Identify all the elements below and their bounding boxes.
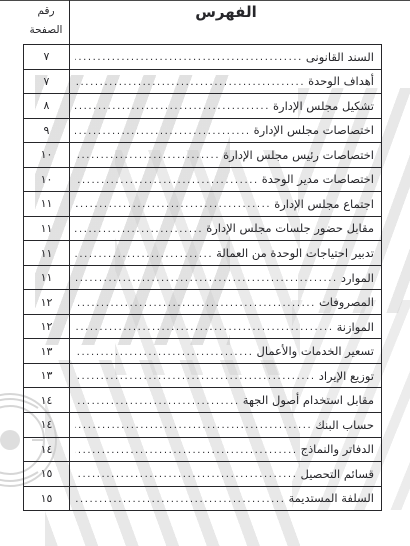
entry-cell: تدبير احتياجات الوحدة من العمالة........… bbox=[70, 241, 381, 265]
entry-cell: الدفاتر والنماذج........................… bbox=[70, 438, 381, 462]
entry-title: الدفاتر والنماذج bbox=[298, 442, 374, 456]
table-row: ١٤الدفاتر والنماذج......................… bbox=[24, 438, 381, 463]
entry-cell: الموارد.................................… bbox=[70, 266, 381, 290]
table-row: ١٥السلفة المستديمة......................… bbox=[24, 487, 381, 511]
page-number-cell: ١٤ bbox=[24, 438, 70, 462]
entry-cell: مقابل استخدام أصول الجهة................… bbox=[70, 388, 381, 412]
dot-leader: ........................................… bbox=[75, 126, 251, 137]
page-number-cell: ١٥ bbox=[24, 487, 70, 511]
entry-title: اختصاصات مجلس الإدارة bbox=[251, 123, 374, 137]
page-number-cell: ١١ bbox=[24, 217, 70, 241]
entry-cell: اختصاصات مدير الوحدة....................… bbox=[70, 168, 381, 192]
dot-leader: ........................................… bbox=[75, 175, 259, 186]
dot-leader: ........................................… bbox=[75, 273, 338, 284]
page-number-cell: ١٣ bbox=[24, 364, 70, 388]
table-row: ١١تدبير احتياجات الوحدة من العمالة......… bbox=[24, 241, 381, 266]
entry-cell: اختصاصات مجلس الإدارة...................… bbox=[70, 119, 381, 143]
page-number-cell: ١٠ bbox=[24, 168, 70, 192]
table-row: ٨تشكيل مجلس الإدارة.....................… bbox=[24, 94, 381, 119]
entry-cell: مقابل حضور جلسات مجلس الإدارة...........… bbox=[70, 217, 381, 241]
dot-leader: ........................................… bbox=[75, 469, 297, 480]
entry-cell: توزيع الإيراد...........................… bbox=[70, 364, 381, 388]
entry-title: تدبير احتياجات الوحدة من العمالة bbox=[213, 246, 374, 260]
page-number-cell: ١٢ bbox=[24, 315, 70, 339]
entry-cell: تسعير الخدمات والأعمال..................… bbox=[70, 339, 381, 363]
entry-title: تشكيل مجلس الإدارة bbox=[270, 99, 374, 113]
dot-leader: ........................................… bbox=[75, 396, 240, 407]
page-title: الفهرس bbox=[70, 3, 382, 21]
dot-leader: ........................................… bbox=[75, 298, 316, 309]
table-row: ١٢المصروفات.............................… bbox=[24, 290, 381, 315]
dot-leader: ........................................… bbox=[75, 347, 254, 358]
entry-cell: اختصاصات رئيس مجلس الإدارة..............… bbox=[70, 143, 381, 167]
table-row: ١٠اختصاصات رئيس مجلس الإدارة............… bbox=[24, 143, 381, 168]
dot-leader: ........................................… bbox=[75, 420, 312, 431]
page-number-cell: ١٤ bbox=[24, 388, 70, 412]
page-number-cell: ١١ bbox=[24, 192, 70, 216]
toc-header: الفهرس رقم الصفحة bbox=[0, 0, 410, 44]
table-row: ١١الموارد...............................… bbox=[24, 266, 381, 291]
entry-title: السلفة المستديمة bbox=[285, 491, 374, 505]
entry-cell: السلفة المستديمة........................… bbox=[70, 487, 381, 511]
page-number-cell: ١٠ bbox=[24, 143, 70, 167]
dot-leader: ........................................… bbox=[75, 224, 203, 235]
entry-title: تسعير الخدمات والأعمال bbox=[254, 344, 374, 358]
table-row: ١٤حساب البنك............................… bbox=[24, 413, 381, 438]
entry-title: اجتماع مجلس الإدارة bbox=[271, 197, 374, 211]
toc-table: ٧السند القانونى.........................… bbox=[23, 44, 382, 511]
entry-title: توزيع الإيراد bbox=[316, 369, 374, 383]
entry-cell: السند القانونى..........................… bbox=[70, 45, 381, 69]
entry-title: قسائم التحصيل bbox=[297, 467, 374, 481]
entry-cell: قسائم التحصيل...........................… bbox=[70, 462, 381, 486]
table-row: ١١مقابل حضور جلسات مجلس الإدارة.........… bbox=[24, 217, 381, 242]
entry-cell: الموازنة................................… bbox=[70, 315, 381, 339]
entry-title: اختصاصات مدير الوحدة bbox=[259, 172, 374, 186]
entry-cell: المصروفات...............................… bbox=[70, 290, 381, 314]
table-row: ١٤مقابل استخدام أصول الجهة..............… bbox=[24, 388, 381, 413]
table-row: ٧أهداف الوحدة...........................… bbox=[24, 70, 381, 95]
header-column-divider bbox=[69, 0, 70, 44]
page-number-column-header: رقم الصفحة bbox=[23, 2, 69, 44]
page-number-header-line1: رقم bbox=[23, 2, 69, 21]
entry-title: مقابل استخدام أصول الجهة bbox=[240, 393, 374, 407]
document-page: الفهرس رقم الصفحة ٧السند القانونى.......… bbox=[0, 0, 410, 546]
entry-title: الموازنة bbox=[334, 320, 374, 334]
entry-title: اختصاصات رئيس مجلس الإدارة bbox=[220, 148, 374, 162]
table-row: ٩اختصاصات مجلس الإدارة..................… bbox=[24, 119, 381, 144]
table-row: ١٥قسائم التحصيل.........................… bbox=[24, 462, 381, 487]
table-row: ١٢الموازنة..............................… bbox=[24, 315, 381, 340]
page-number-cell: ١٥ bbox=[24, 462, 70, 486]
table-row: ١٣توزيع الإيراد.........................… bbox=[24, 364, 381, 389]
page-number-cell: ٧ bbox=[24, 45, 70, 69]
page-number-cell: ١١ bbox=[24, 266, 70, 290]
entry-cell: أهداف الوحدة............................… bbox=[70, 70, 381, 94]
dot-leader: ........................................… bbox=[75, 52, 303, 63]
page-number-cell: ٨ bbox=[24, 94, 70, 118]
dot-leader: ........................................… bbox=[75, 77, 305, 88]
entry-cell: حساب البنك..............................… bbox=[70, 413, 381, 437]
entry-title: المصروفات bbox=[316, 295, 374, 309]
page-number-header-line2: الصفحة bbox=[23, 21, 69, 40]
table-row: ١٠اختصاصات مدير الوحدة..................… bbox=[24, 168, 381, 193]
entry-title: السند القانونى bbox=[303, 50, 374, 64]
entry-title: أهداف الوحدة bbox=[305, 74, 374, 88]
dot-leader: ........................................… bbox=[75, 322, 334, 333]
entry-cell: تشكيل مجلس الإدارة......................… bbox=[70, 94, 381, 118]
dot-leader: ........................................… bbox=[75, 150, 220, 161]
entry-title: حساب البنك bbox=[312, 418, 374, 432]
entry-title: مقابل حضور جلسات مجلس الإدارة bbox=[203, 221, 374, 235]
table-row: ٧السند القانونى.........................… bbox=[24, 45, 381, 70]
page-number-cell: ٩ bbox=[24, 119, 70, 143]
page-number-cell: ٧ bbox=[24, 70, 70, 94]
table-row: ١١اجتماع مجلس الإدارة...................… bbox=[24, 192, 381, 217]
page-number-cell: ١٤ bbox=[24, 413, 70, 437]
dot-leader: ........................................… bbox=[75, 371, 316, 382]
dot-leader: ........................................… bbox=[75, 445, 298, 456]
entry-title: الموارد bbox=[338, 271, 374, 285]
entry-cell: اجتماع مجلس الإدارة.....................… bbox=[70, 192, 381, 216]
dot-leader: ........................................… bbox=[75, 101, 270, 112]
dot-leader: ........................................… bbox=[75, 199, 271, 210]
table-row: ١٣تسعير الخدمات والأعمال................… bbox=[24, 339, 381, 364]
page-number-cell: ١٣ bbox=[24, 339, 70, 363]
dot-leader: ........................................… bbox=[75, 249, 213, 260]
dot-leader: ........................................… bbox=[75, 494, 285, 505]
page-number-cell: ١١ bbox=[24, 241, 70, 265]
page-number-cell: ١٢ bbox=[24, 290, 70, 314]
